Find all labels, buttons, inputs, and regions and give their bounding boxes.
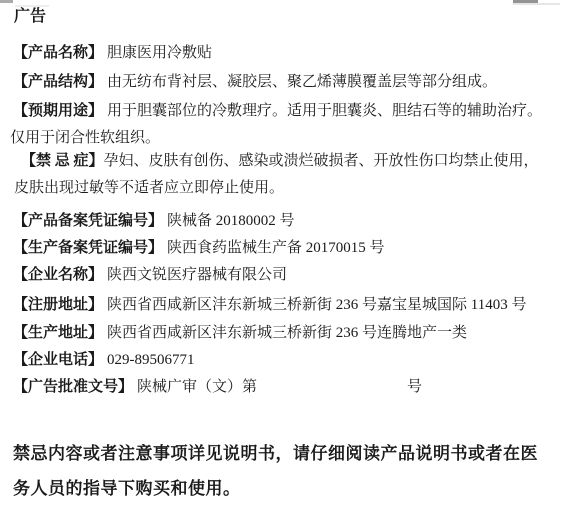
field-ad-approval-number: 【广告批准文号】陕械广审（文）第号 xyxy=(13,379,422,395)
field-production-record-number: 【生产备案凭证编号】陕西食药监械生产备 20170015 号 xyxy=(13,240,385,256)
field-value: 用于胆囊部位的冷敷理疗。适用于胆囊炎、胆结石等的辅助治疗。 xyxy=(107,103,542,119)
field-label: 【注册地址】 xyxy=(13,297,103,313)
screenshot-artifact-top-left-2 xyxy=(15,5,49,7)
field-label: 【企业电话】 xyxy=(13,352,103,368)
field-value: 皮肤出现过敏等不适者应立即停止使用。 xyxy=(14,180,284,196)
field-label: 【产品名称】 xyxy=(13,45,103,61)
disclaimer-line-2: 务人员的指导下购买和使用。 xyxy=(13,479,241,498)
field-value: 陕西省西咸新区沣东新城三桥新街 236 号嘉宝星城国际 11403 号 xyxy=(107,297,526,313)
screenshot-artifact-top-left xyxy=(0,0,13,3)
field-value: 陕西文锐医疗器械有限公司 xyxy=(107,267,287,283)
field-product-name: 【产品名称】胆康医用冷敷贴 xyxy=(13,45,212,61)
screenshot-artifact-top-right-2 xyxy=(513,3,560,5)
field-value: 陕械备 20180002 号 xyxy=(167,213,295,229)
field-value: 由无纺布背衬层、凝胶层、聚乙烯薄膜覆盖层等部分组成。 xyxy=(107,74,497,90)
field-value-prefix: 陕械广审（文）第 xyxy=(137,379,257,395)
ad-heading: 广告 xyxy=(14,8,46,25)
field-value: 陕西食药监械生产备 20170015 号 xyxy=(167,240,385,256)
field-intended-use: 【预期用途】用于胆囊部位的冷敷理疗。适用于胆囊炎、胆结石等的辅助治疗。 xyxy=(13,103,542,119)
field-company-phone: 【企业电话】029-89506771 xyxy=(13,352,195,368)
field-label: 【禁 忌 症】 xyxy=(21,153,104,169)
field-value-suffix: 号 xyxy=(407,379,422,395)
field-company-name: 【企业名称】陕西文锐医疗器械有限公司 xyxy=(13,267,287,283)
field-label: 【产品备案凭证编号】 xyxy=(13,213,163,229)
field-label: 【生产备案凭证编号】 xyxy=(13,240,163,256)
field-registered-address: 【注册地址】陕西省西咸新区沣东新城三桥新街 236 号嘉宝星城国际 11403 … xyxy=(13,297,526,313)
field-contraindications: 【禁 忌 症】孕妇、皮肤有创伤、感染或溃烂破损者、开放性伤口均禁止使用， xyxy=(21,153,539,169)
field-product-structure: 【产品结构】由无纺布背衬层、凝胶层、聚乙烯薄膜覆盖层等部分组成。 xyxy=(13,74,497,90)
field-label: 【广告批准文号】 xyxy=(13,379,133,395)
field-value: 仅用于闭合性软组织。 xyxy=(10,130,160,146)
field-product-record-number: 【产品备案凭证编号】陕械备 20180002 号 xyxy=(13,213,295,229)
document-page: 广告 【产品名称】胆康医用冷敷贴 【产品结构】由无纺布背衬层、凝胶层、聚乙烯薄膜… xyxy=(0,0,561,521)
field-value: 孕妇、皮肤有创伤、感染或溃烂破损者、开放性伤口均禁止使用， xyxy=(104,153,539,169)
field-label: 【产品结构】 xyxy=(13,74,103,90)
field-value: 029-89506771 xyxy=(107,352,195,368)
field-intended-use-continuation: 仅用于闭合性软组织。 xyxy=(10,130,160,146)
field-production-address: 【生产地址】陕西省西咸新区沣东新城三桥新街 236 号连腾地产一类 xyxy=(13,325,467,341)
field-label: 【预期用途】 xyxy=(13,103,103,119)
field-label: 【企业名称】 xyxy=(13,267,103,283)
field-label: 【生产地址】 xyxy=(13,325,103,341)
field-value: 胆康医用冷敷贴 xyxy=(107,45,212,61)
field-contraindications-continuation: 皮肤出现过敏等不适者应立即停止使用。 xyxy=(14,180,284,196)
disclaimer-line-1: 禁忌内容或者注意事项详见说明书，请仔细阅读产品说明书或者在医 xyxy=(13,444,538,463)
field-value: 陕西省西咸新区沣东新城三桥新街 236 号连腾地产一类 xyxy=(107,325,467,341)
